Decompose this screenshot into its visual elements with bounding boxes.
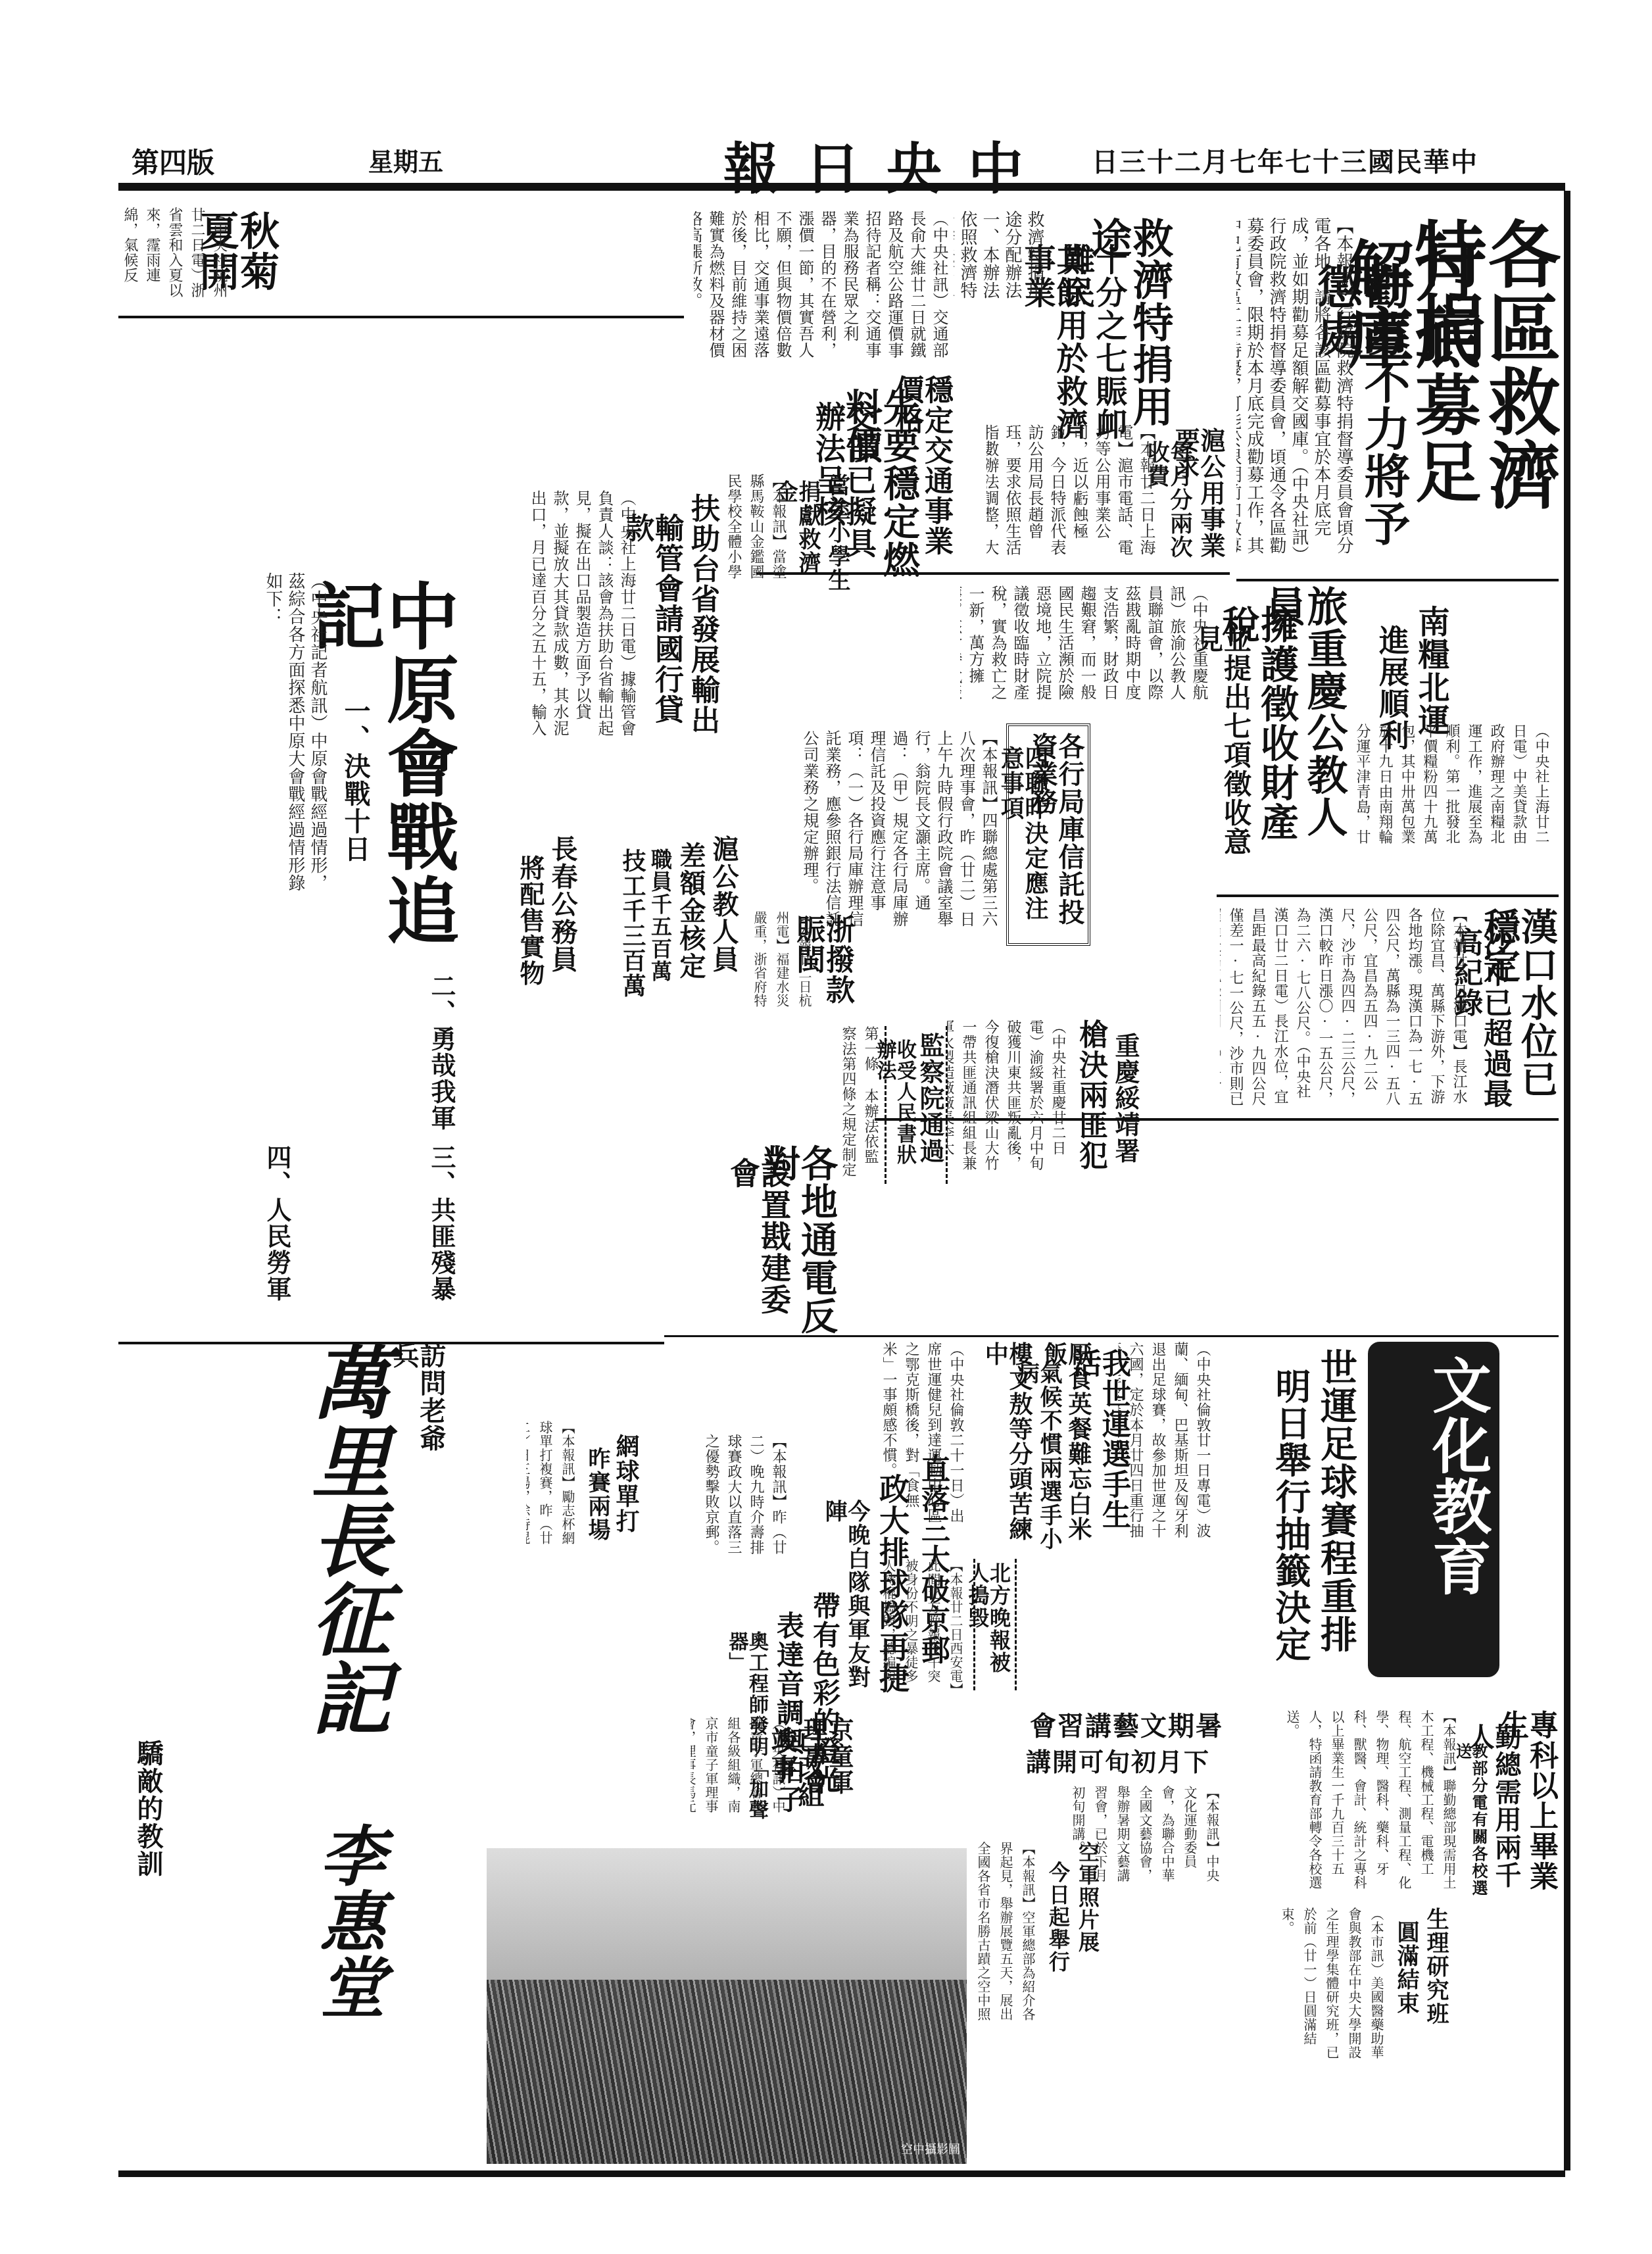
article-body: 【本報訊】勵志杯網球單打複賽，昨（廿二）日三場，除特混對李列傻一日。 <box>526 1421 579 1546</box>
headline-second: 將配售實物 <box>517 855 543 1000</box>
subhead-4: 四、人民勞軍 <box>264 1144 289 1302</box>
photo-caption: 空中攝影圖 <box>901 2140 960 2157</box>
article-dangtu-students: 當塗小學生 捐獻救濟金 【本報訊】當塗縣馬鞍山金鑑國民學校全體小學生，節省零用，… <box>723 467 855 599</box>
bottom-rule <box>118 2170 1565 2177</box>
article-body: （中央社重慶航訊）旅渝公教人員聯誼會，以際茲戡亂時期中度支浩繁，財政日趨艱窘，而… <box>960 585 1210 704</box>
headline-second: 槍決兩匪犯 <box>1075 1019 1105 1177</box>
right-border <box>1564 191 1570 2170</box>
subhead-2: 二、勇哉我軍 <box>428 973 454 1131</box>
headline-second: 表達音調與拍子 <box>774 1611 802 1828</box>
masthead-rule <box>118 183 1565 191</box>
article-body: （中央社上海廿二日電）中美貸款由政府辦理之南糧北運工作，進展至為順利。第一批發北… <box>1355 723 1552 855</box>
article-veterans: 訪問老爺兵 <box>395 1335 447 1467</box>
article-hankou-water: 漢口水位已穩定 沙市已超過最高紀錄 【本報廿二日漢口電】長江水位除宜昌、萬縣下游… <box>1217 901 1559 1118</box>
article-chongqing-execution: 重慶綏靖署 槍決兩匪犯 （中央社重慶廿二日電）渝綏署於六月中旬破獲川東共匪叛亂後… <box>947 1013 1144 1177</box>
author-calligraphy: 李惠堂 <box>300 1822 395 2072</box>
article-physiology-class: 生理研究班 圓滿結束 （本市訊）美國醫藥助華會與教部在中央大學開設之生理學集體研… <box>1282 1901 1559 2078</box>
article-relief-levy: 各區救濟特捐 月底募足解庫 勸募不力將予懲處 【本報訊】行政院救濟特捐督導委員會… <box>1236 204 1559 572</box>
article-body: 【本報訊】當塗縣馬鞍山金鑑國民學校全體小學生，節省零用，捐獻救濟金若干元。 <box>727 474 789 592</box>
subhead-1: 一、決戰十日 <box>341 697 368 894</box>
north-evening-body: 【本報廿二日西安電】此間北方晚報今午突被身份不明之暴徒多人持棍搗毀，總編輯謝人晉… <box>875 1559 967 1690</box>
headline-main: 扶助台省發展輸出 <box>687 493 717 743</box>
divider <box>1217 894 1559 897</box>
headline-main: 監察院通過 <box>917 1033 942 1177</box>
headline-fourth: 技工千三百萬 <box>620 848 644 1006</box>
newspaper-title: 中央日報 <box>723 125 1050 205</box>
headline-main: 北方晚報被人搗毀 <box>967 1562 1009 1687</box>
article-body: 【本報廿二日杭州電】福建水災嚴重，浙省府特於今日省府例會通過撥助賑款十億元。 <box>746 911 815 1016</box>
article-tennis: 網球單打 昨賽兩場 【本報訊】勵志杯網球單打複賽，昨（廿二）日三場，除特混對李列… <box>526 1414 671 1559</box>
headline-second: 昨賽兩場 <box>585 1447 608 1546</box>
divider <box>118 316 684 318</box>
subhead-arrogant-enemy: 驕敵的教訓 <box>125 1736 164 1881</box>
headline-main: 重慶綏靖署 <box>1112 1033 1138 1177</box>
article-taiwan-export: 扶助台省發展輸出 輸管會請國行貸款 （中央社上海廿二日電）據輸管會負責人談：該會… <box>427 487 723 855</box>
headline-third: 職員千五百萬 <box>649 848 671 1006</box>
headline-third: 奧工程師發明「加聲器」 <box>726 1631 766 1828</box>
masthead: 第四版 星期五 中央日報 中華民國三十七年七月二十三日 <box>132 141 1526 181</box>
article-olympic-athletes: 我世運選手生活 厭食英餐難忘白米飯 氣候不慣兩選手小病 樓文敖等分頭苦練中 <box>973 1342 1131 1559</box>
article-body: （中央社記者航訊）中原會戰經過情形，茲綜合各方面探悉中原大會戰經過情形錄如下： <box>132 572 329 901</box>
article-body: 【本報訊】行政院救濟特捐督導委員會頃分電各地，請將各該區勸募事宜於本月底完成，並… <box>1236 217 1355 559</box>
article-body: （中央社訊）交通部長俞大維廿二日就鐵路及航空公路運價事招待記者稱：交通事業為服務… <box>694 210 950 368</box>
headline-main: 訪問老爺兵 <box>390 1342 444 1467</box>
article-body: （中央社杭州廿二日電）浙省雲和入夏以來，霪雨連綿，氣候反常，如同仲秋天氣，城內吳… <box>118 207 230 312</box>
article-north-evening-news: 北方晚報被人搗毀 <box>973 1559 1017 1690</box>
article-zhejiang-relief: 浙撥款賑閩 【本報廿二日杭州電】福建水災嚴重，浙省府特於今日省府例會通過撥助賑款… <box>743 908 855 1019</box>
headline-second: 下月初旬可開講 <box>1026 1750 1210 1775</box>
headline-second: 差額金核定 <box>677 842 704 1006</box>
headline-fourth: 樓文敖等分頭苦練中 <box>983 1342 1031 1559</box>
olympic-football-body: （中央社倫敦廿一日專電）波蘭、緬甸、巴基斯坦及匈牙利退出足球賽，故參加世運之十六… <box>1118 1342 1213 1539</box>
article-body: 救濟特捐用途分配辦法 一、本辦法依照救濟特捐辦法第二條之規定訂定之。二、救濟特捐… <box>954 210 1046 316</box>
article-summer-lectures: 暑期文藝講習會 下月初旬可開講 【本報訊】中央文化運動委員會，為聯合中華全國文藝… <box>855 1713 1223 1845</box>
headline-second: 設置戡建委會 <box>727 1158 789 1329</box>
subhead-3: 三、共匪殘暴 <box>428 1144 454 1302</box>
weekday: 星期五 <box>368 141 443 178</box>
section-label: 文化教育 <box>1426 1355 1486 1664</box>
article-oppose-committee: 各地通電反對 設置戡建委會 <box>710 1131 842 1329</box>
article-autumn-chrysanthemum: 秋菊夏開 （中央社杭州廿二日電）浙省雲和入夏以來，霪雨連綿，氣候反常，如同仲秋天… <box>118 204 283 316</box>
aerial-photo-terrain <box>487 1980 967 2164</box>
article-body: 【本報訊】空軍總部為紹介各界起見，舉辦展覽五天，展出全國各省市名勝古蹟之空中照相… <box>973 1842 1039 2026</box>
headline-calligraphy: 萬里長征記 <box>288 1342 401 1802</box>
page-number: 第四版 <box>132 141 214 181</box>
article-shanghai-staff: 滬公教人員 差額金核定 職員千五百萬 技工千三百萬 <box>579 829 743 1013</box>
article-shanghai-utilities: 滬公用事業要求 每月分兩次收費 【本報廿二日上海電】滬市電話、電力等公用事業公司… <box>986 421 1230 566</box>
subhead: 驕敵的教訓 <box>134 1740 161 1878</box>
article-grad-recruitment: 專科以上畢業生 勤總需用兩千人 教部分電有關各校選送 【本報訊】聯勤總部現需用土… <box>1282 1703 1559 1901</box>
article-colored-light: 帶有色彩的燈光 表達音調與拍子 奧工程師發明「加聲器」 <box>691 1585 842 1835</box>
aerial-photo: 空中攝影圖 <box>487 1848 967 2164</box>
headline-main: 暑期文藝講習會 <box>1030 1713 1223 1740</box>
article-olympic-football: 世運足球賽程重排 明日舉行抽籤決定 <box>1217 1342 1361 1697</box>
article-changchun: 長春公務員 將配售實物 <box>500 829 579 1000</box>
headline-main: 帶有色彩的燈光 <box>810 1592 838 1835</box>
article-body: （本市訊）美國醫藥助華會與教部在中央大學開設之生理學集體研究班，已於前（廿一）日… <box>1282 1907 1388 2065</box>
article-grain-north: 南糧北運 進展順利 （中央社上海廿二日電）中美貸款由政府辦理之南糧北運工作，進展… <box>1348 592 1559 888</box>
article-central-plains: 中原會戰追記 一、決戰十日 （中央社記者航訊）中原會戰經過情形，茲綜合各方面探悉… <box>118 566 460 1342</box>
headline-second: 四聯昨決定應注意事項 <box>999 746 1047 937</box>
article-body: （中央社重慶廿二日電）渝綏署於六月中旬破獲川東共匪叛亂後，今復槍決潛伏梁山大竹一… <box>947 1019 1069 1171</box>
headline-main: 網球單打 <box>614 1434 638 1539</box>
article-air-force-photos: 空軍照片展 今日起舉行 【本報訊】空軍總部為紹介各界起見，舉辦展覽五天，展出全國… <box>973 1835 1105 2032</box>
article-body: 【本報廿二日漢口電】長江水位除宜昌、萬縣下游外，下游各地均漲。現漢口為一七·五四… <box>1220 908 1470 1112</box>
headline-main: 滬公教人員 <box>710 835 737 1000</box>
article-four-banks-box: 各行局庫信託投資業務 四聯昨決定應注意事項 <box>1006 723 1090 946</box>
four-banks-body: 【本報訊】四聯總處第三六八次理事會，昨（廿二）日上午九時假行政院會議室舉行，翁院… <box>756 730 1000 927</box>
article-control-yuan: 監察院通過 收受人民書狀辦法 <box>885 1026 948 1184</box>
headline-main: 長春公務員 <box>548 835 575 993</box>
headline-second: 圓滿結束 <box>1394 1921 1417 2052</box>
article-body: 【本報廿二日上海電】滬市電話、電力等公用事業公司，近以虧蝕極鉅，今日特派代表訪公… <box>986 424 1157 562</box>
article-body: （中央社上海廿二日電）據輸管會負責人談：該會為扶助台省輸出起見，擬在出口品製造方… <box>533 490 638 740</box>
issue-date: 中華民國三十七年七月二十三日 <box>1092 141 1478 179</box>
headline-main: 當塗小學生 <box>825 474 848 592</box>
headline-main: 世運足球賽程重排 <box>1317 1348 1355 1690</box>
fold-rule <box>664 1335 1559 1337</box>
headline-main: 生理研究班 <box>1424 1907 1447 2039</box>
headline-main: 空軍照片展 <box>1077 1842 1098 1973</box>
control-yuan-body: 第一條 本辦法依監察法第四條之規定制定之。第二條 監察院及監察委員收受人民書狀，… <box>842 1026 881 1177</box>
section-culture-education: 文化教育 <box>1368 1342 1499 1677</box>
headline-second: 明日舉行抽籤決定 <box>1273 1368 1309 1684</box>
article-body: 【本報訊】聯勤總部現需用土木工程、機械工程、電機工程、航空工程、測量工程、化學、… <box>1282 1710 1460 1894</box>
headline-second: 今日起舉行 <box>1047 1861 1069 1993</box>
volleyball-body: 【本報訊】昨（廿二）晚九時介壽排球賽政大以直落三之優勢擊敗京郵。今（廿三）日下午… <box>697 1434 789 1565</box>
